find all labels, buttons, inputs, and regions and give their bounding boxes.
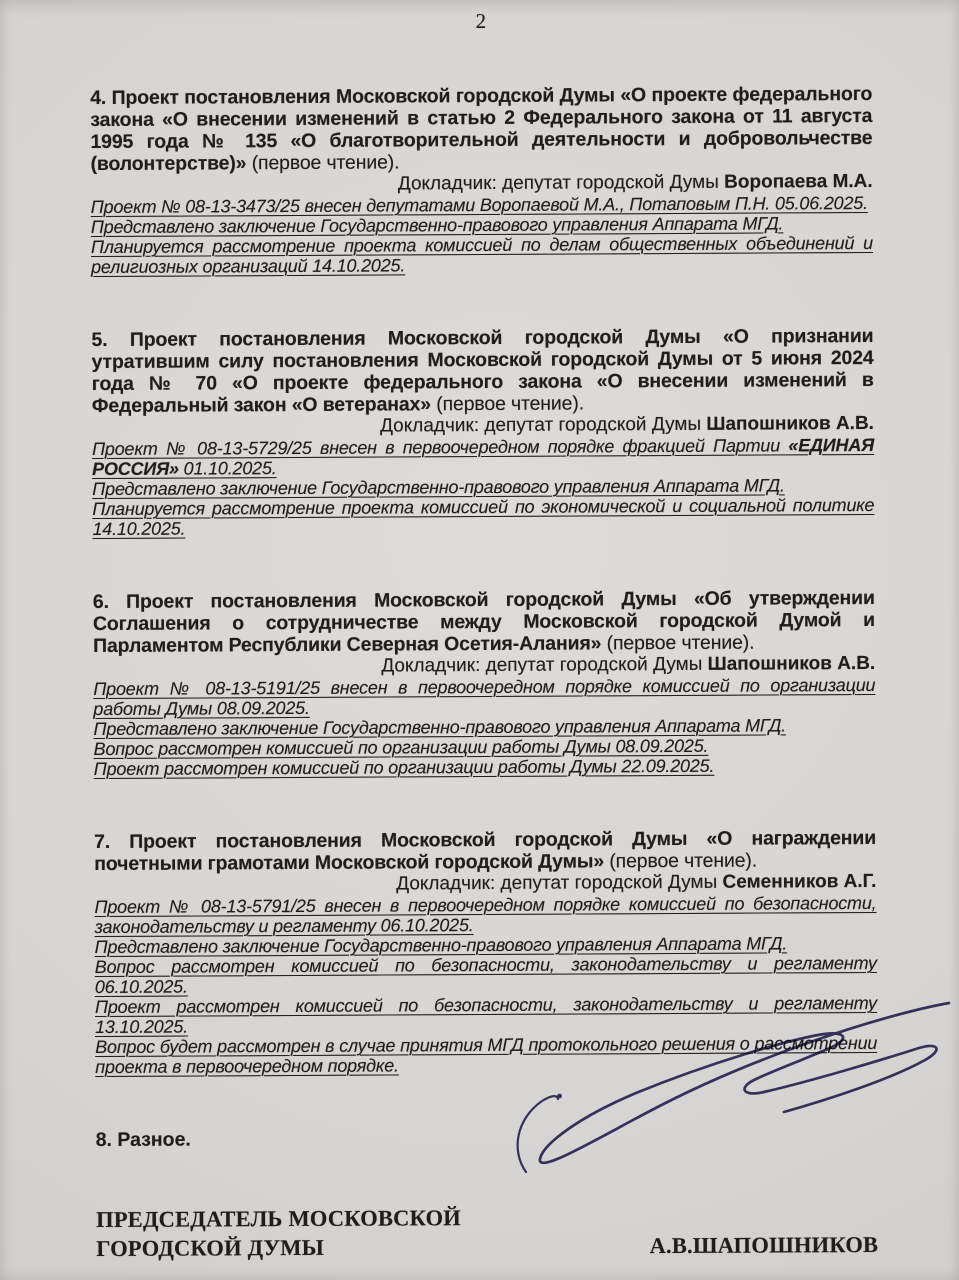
speaker-name: Шапошников А.В. [706,413,874,435]
detail-line: Вопрос рассмотрен комиссией по безопасно… [95,953,877,997]
chairman-title: ПРЕДСЕДАТЕЛЬ МОСКОВСКОЙГОРОДСКОЙ ДУМЫ [96,1203,461,1263]
item-reading-note: (первое чтение). [431,392,584,415]
chairman-name: А.В.ШАПОШНИКОВ [649,1230,878,1260]
document-page: 2 4. Проект постановления Московской гор… [0,0,959,1280]
item-title-bold: 7. Проект постановления Московской город… [94,827,876,875]
item-details: Проект № 08-13-3473/25 внесен депутатами… [91,193,873,277]
item-reading-note: (первое чтение). [601,632,754,655]
item-title: 4. Проект постановления Московской город… [90,83,872,175]
item-title: 5. Проект постановления Московской город… [91,325,873,417]
detail-line: Проект рассмотрен комиссией по организац… [94,755,876,779]
agenda-item: 4. Проект постановления Московской город… [90,83,873,277]
misc-agenda-item: 8. Разное. [96,1125,878,1151]
page-number: 2 [90,0,872,35]
agenda-item: 6. Проект постановления Московской город… [93,587,876,779]
detail-line: Проект № 08-13-5791/25 внесен в первооче… [94,893,876,937]
detail-line: Вопрос будет рассмотрен в случае приняти… [95,1033,877,1077]
detail-line: Проект № 08-13-5191/25 внесен в первооче… [93,675,875,719]
agenda-item: 5. Проект постановления Московской город… [91,325,874,539]
item-details: Проект № 08-13-5191/25 внесен в первооче… [93,675,876,779]
item-reading-note: (первое чтение). [246,151,399,174]
item-title: 7. Проект постановления Московской город… [94,827,876,875]
detail-line: Проект № 08-13-5729/25 внесен в первооче… [92,435,874,479]
agenda-items: 4. Проект постановления Московской город… [90,83,877,1077]
item-details: Проект № 08-13-5729/25 внесен в первооче… [92,435,875,539]
agenda-item: 7. Проект постановления Московской город… [94,827,877,1077]
signature-block: ПРЕДСЕДАТЕЛЬ МОСКОВСКОЙГОРОДСКОЙ ДУМЫ А.… [96,1201,878,1263]
item-title: 6. Проект постановления Московской город… [93,587,875,657]
item-title-bold: 4. Проект постановления Московской город… [90,83,872,175]
item-reading-note: (первое чтение). [604,850,757,873]
speaker-prefix: Докладчик: депутат городской Думы [398,172,724,195]
page-content: 2 4. Проект постановления Московской гор… [90,0,879,1263]
detail-line: Планируется рассмотрение проекта комисси… [92,495,874,539]
speaker-prefix: Докладчик: депутат городской Думы [381,654,707,677]
item-details: Проект № 08-13-5791/25 внесен в первооче… [94,893,877,1077]
chairman-title-line1: ПРЕДСЕДАТЕЛЬ МОСКОВСКОЙ [96,1205,461,1232]
speaker-prefix: Докладчик: депутат городской Думы [380,414,706,437]
detail-line: Проект рассмотрен комиссией по безопасно… [95,993,877,1037]
speaker-name: Семенников А.Г. [722,871,876,893]
chairman-title-line2: ГОРОДСКОЙ ДУМЫ [96,1235,324,1261]
item-title-bold: 6. Проект постановления Московской город… [93,587,875,657]
speaker-name: Шапошников А.В. [708,653,876,675]
speaker-name: Воропаева М.А. [724,171,873,193]
speaker-prefix: Докладчик: депутат городской Думы [396,872,722,895]
detail-line: Представлено заключение Государственно-п… [93,715,875,739]
detail-line: Планируется рассмотрение проекта комисси… [91,233,873,277]
